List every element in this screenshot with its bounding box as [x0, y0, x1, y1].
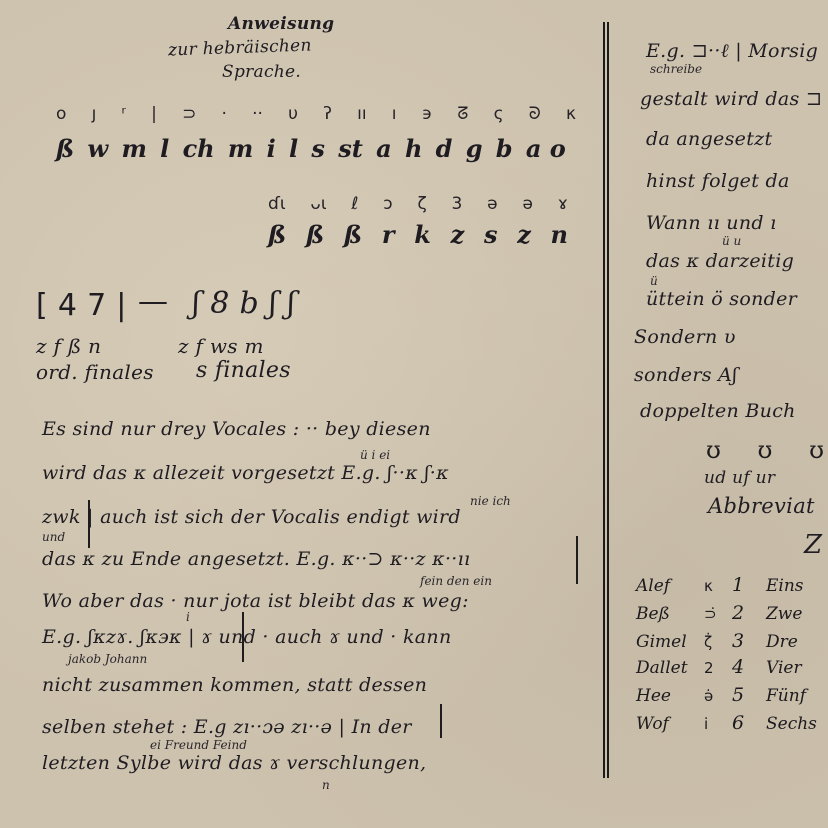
numeral-row: Gimel ζ̇ 3 Dre [636, 630, 798, 652]
latin-letter: s [311, 134, 325, 163]
letter-name: Hee [636, 686, 704, 706]
abbreviation-heading: Abbreviat [708, 494, 815, 518]
letter-name: Wof [636, 714, 704, 734]
body-line-7-annotation: jakob Johann [68, 652, 147, 666]
manuscript-page: Anweisung zur hebräischen Sprache. ο ȷ ʳ… [0, 0, 828, 828]
latin-transliteration-row-1: ß w m l ch m i l s st a h d g b a o [56, 134, 566, 163]
hebrew-glyph: | [151, 104, 157, 124]
body-line-8: selben stehet : E.g zı··ɔə zı··ə | In de… [42, 716, 412, 738]
right-line-5: Wann ıı und ı [646, 212, 777, 234]
s-finales-glyphs: ʃ 8 b ʃ ʃ [192, 286, 296, 321]
latin-letter: ß [306, 220, 324, 249]
column-divider [603, 22, 609, 778]
body-line-9: letzten Sylbe wird das ɤ verschlungen, [42, 752, 426, 774]
numeral-row: Wof ı̇ 6 Sechs [636, 712, 817, 734]
hebrew-glyph: ʳ [122, 104, 126, 124]
hebrew-glyph: ɔ [383, 194, 392, 214]
numeral-word: Vier [766, 658, 802, 678]
s-finales-label: s finales [196, 358, 291, 383]
hebrew-glyph: ᘔ [457, 104, 468, 124]
numeral-value: 3 [732, 630, 766, 652]
hebrew-sign: ⊃̇ [704, 605, 732, 623]
right-line-6-annotation: ü u [722, 234, 741, 248]
hebrew-glyph: ɗɩ [268, 194, 286, 214]
hebrew-glyph: ⊃ [182, 104, 196, 124]
hebrew-glyph: ϶ [422, 104, 432, 124]
abbreviation-symbol: ʊ [758, 436, 773, 464]
latin-letter: ß [268, 220, 286, 249]
latin-letter: z [517, 220, 531, 249]
right-line-1-annotation: schreibe [650, 62, 702, 76]
right-line-10: doppelten Buch [640, 400, 796, 422]
title-line-1: Anweisung [228, 14, 334, 34]
body-line-8-annotation: ei Freund Feind [150, 738, 247, 752]
body-line-2: wird das κ allezeit vorgesetzt E.g. ʃ··κ… [42, 462, 449, 484]
latin-letter: st [338, 134, 363, 163]
latin-letter: m [121, 134, 146, 163]
numeral-word: Zwe [766, 604, 802, 624]
hebrew-glyph: υ [288, 104, 298, 124]
letter-name: Dallet [636, 658, 704, 678]
numeral-value: 4 [732, 656, 766, 678]
latin-letter: b [496, 134, 513, 163]
hebrew-glyph: ζ [417, 194, 426, 214]
body-line-3: zwk | auch ist sich der Vocalis endigt w… [42, 506, 461, 528]
right-line-9: sonders Aʃ [634, 364, 738, 386]
body-line-9-annotation: n [322, 778, 330, 792]
body-line-5-annotation: fein den ein [420, 574, 492, 588]
numeral-row: Alef κ 1 Eins [636, 574, 804, 596]
latin-letter: i [267, 134, 276, 163]
hebrew-glyph: · [222, 104, 227, 124]
numeral-value: 6 [732, 712, 766, 734]
latin-letter: ch [183, 134, 215, 163]
numeral-row: Hee ə̇ 5 Fünf [636, 684, 806, 706]
latin-letter: k [414, 220, 431, 249]
margin-bar [242, 612, 244, 662]
numeral-value: 5 [732, 684, 766, 706]
body-line-1: Es sind nur drey Vocales : ·· bey diesen [42, 418, 431, 440]
latin-letter: s [484, 220, 498, 249]
hebrew-glyph: κ [566, 104, 576, 124]
ordinary-finales-transliteration: z f ß n [36, 334, 101, 358]
hebrew-glyph: 3 [452, 194, 463, 214]
hebrew-sign: ı̇ [704, 715, 732, 733]
hebrew-sign: ζ̇ [704, 633, 732, 651]
numeral-word: Fünf [766, 686, 806, 706]
right-line-8: Sondern υ [634, 326, 736, 348]
numeral-value: 1 [732, 574, 766, 596]
right-line-2: gestalt wird das ⊐ [640, 88, 822, 110]
right-line-6: das κ darzeitig [646, 250, 794, 272]
s-finales-transliteration: z f ws m [178, 334, 264, 358]
numeral-row: Dallet 2 4 Vier [636, 656, 802, 678]
right-line-7-annotation: ü [650, 274, 658, 288]
numeral-row: Beß ⊃̇ 2 Zwe [636, 602, 802, 624]
hebrew-glyph: ᴗɩ [310, 194, 326, 214]
latin-letter: m [228, 134, 253, 163]
hebrew-glyph: ə [487, 194, 497, 214]
latin-letter: d [436, 134, 453, 163]
ordinary-finales-label: ord. finales [36, 360, 154, 384]
numeral-value: 2 [732, 602, 766, 624]
margin-bar [88, 500, 90, 548]
latin-letter: ß [56, 134, 74, 163]
latin-letter: a [376, 134, 392, 163]
latin-letter: w [88, 134, 109, 163]
hebrew-glyph: ə [522, 194, 532, 214]
letter-name: Beß [636, 604, 704, 624]
right-line-4: hinst folget da [646, 170, 790, 192]
abbreviation-subheading: Z [804, 530, 822, 560]
hebrew-glyph: ς [494, 104, 504, 124]
body-line-1-annotation: ü i ei [360, 448, 390, 462]
latin-letter: ß [344, 220, 362, 249]
margin-bar [440, 704, 442, 738]
latin-letter: l [160, 134, 169, 163]
right-line-3: da angesetzt [646, 128, 772, 150]
hebrew-sign: ə̇ [704, 687, 732, 705]
latin-letter: z [451, 220, 465, 249]
hebrew-glyph: ɤ [558, 194, 568, 214]
finales-dash: — [138, 284, 168, 319]
hebrew-sign: κ [704, 577, 732, 595]
numeral-word: Dre [766, 632, 798, 652]
letter-name: Alef [636, 576, 704, 596]
hebrew-glyph: ıı [357, 104, 366, 124]
body-line-6-annotation: i [186, 610, 190, 624]
right-line-7: üttein ö sonder [646, 288, 797, 310]
body-line-3-annotation: nie ich [470, 494, 511, 508]
latin-letter: a o [526, 134, 566, 163]
hebrew-glyph: ·· [252, 104, 263, 124]
hebrew-glyph: ʔ [323, 104, 332, 124]
body-line-4: das κ zu Ende angesetzt. E.g. κ··⊃ κ··z … [42, 548, 470, 570]
hebrew-glyph: ℓ [351, 194, 358, 214]
hebrew-glyph: ȷ [92, 104, 97, 124]
hebrew-alphabet-row-1: ο ȷ ʳ | ⊃ · ·· υ ʔ ıı ı ϶ ᘔ ς ᘐ κ [56, 104, 576, 124]
latin-transliteration-row-2: ß ß ß r k z s z n [268, 220, 568, 249]
hebrew-alphabet-row-2: ɗɩ ᴗɩ ℓ ɔ ζ 3 ə ə ɤ [268, 194, 568, 214]
body-line-4-annotation: und [42, 530, 65, 544]
latin-letter: h [405, 134, 422, 163]
abbreviation-symbols: ʊ ʊ ʊ [706, 436, 824, 464]
body-line-7: nicht zusammen kommen, statt dessen [42, 674, 427, 696]
hebrew-glyph: ᘐ [529, 104, 541, 124]
latin-letter: g [466, 134, 483, 163]
hebrew-glyph: ı [392, 104, 397, 124]
body-line-5: Wo aber das · nur jota ist bleibt das κ … [42, 590, 469, 612]
abbreviation-symbol-labels: ud uf ur [704, 468, 775, 488]
title-line-3: Sprache. [222, 62, 301, 82]
latin-letter: l [289, 134, 298, 163]
title-line-2: zur hebräischen [168, 35, 312, 60]
ordinary-finales-glyphs: [ 4 7 | [36, 288, 127, 323]
numeral-word: Sechs [766, 714, 817, 734]
margin-bar [576, 536, 578, 584]
abbreviation-symbol: ʊ [706, 436, 721, 464]
body-line-6: E.g. ʃκzɤ. ʃκэκ | ɤ und · auch ɤ und · k… [42, 626, 452, 648]
hebrew-sign: 2 [704, 659, 732, 677]
numeral-word: Eins [766, 576, 804, 596]
right-line-1: E.g. ⊐··ℓ | Morsig [646, 40, 818, 63]
latin-letter: n [551, 220, 568, 249]
letter-name: Gimel [636, 632, 704, 652]
hebrew-glyph: ο [56, 104, 66, 124]
abbreviation-symbol: ʊ [809, 436, 824, 464]
latin-letter: r [382, 220, 395, 249]
